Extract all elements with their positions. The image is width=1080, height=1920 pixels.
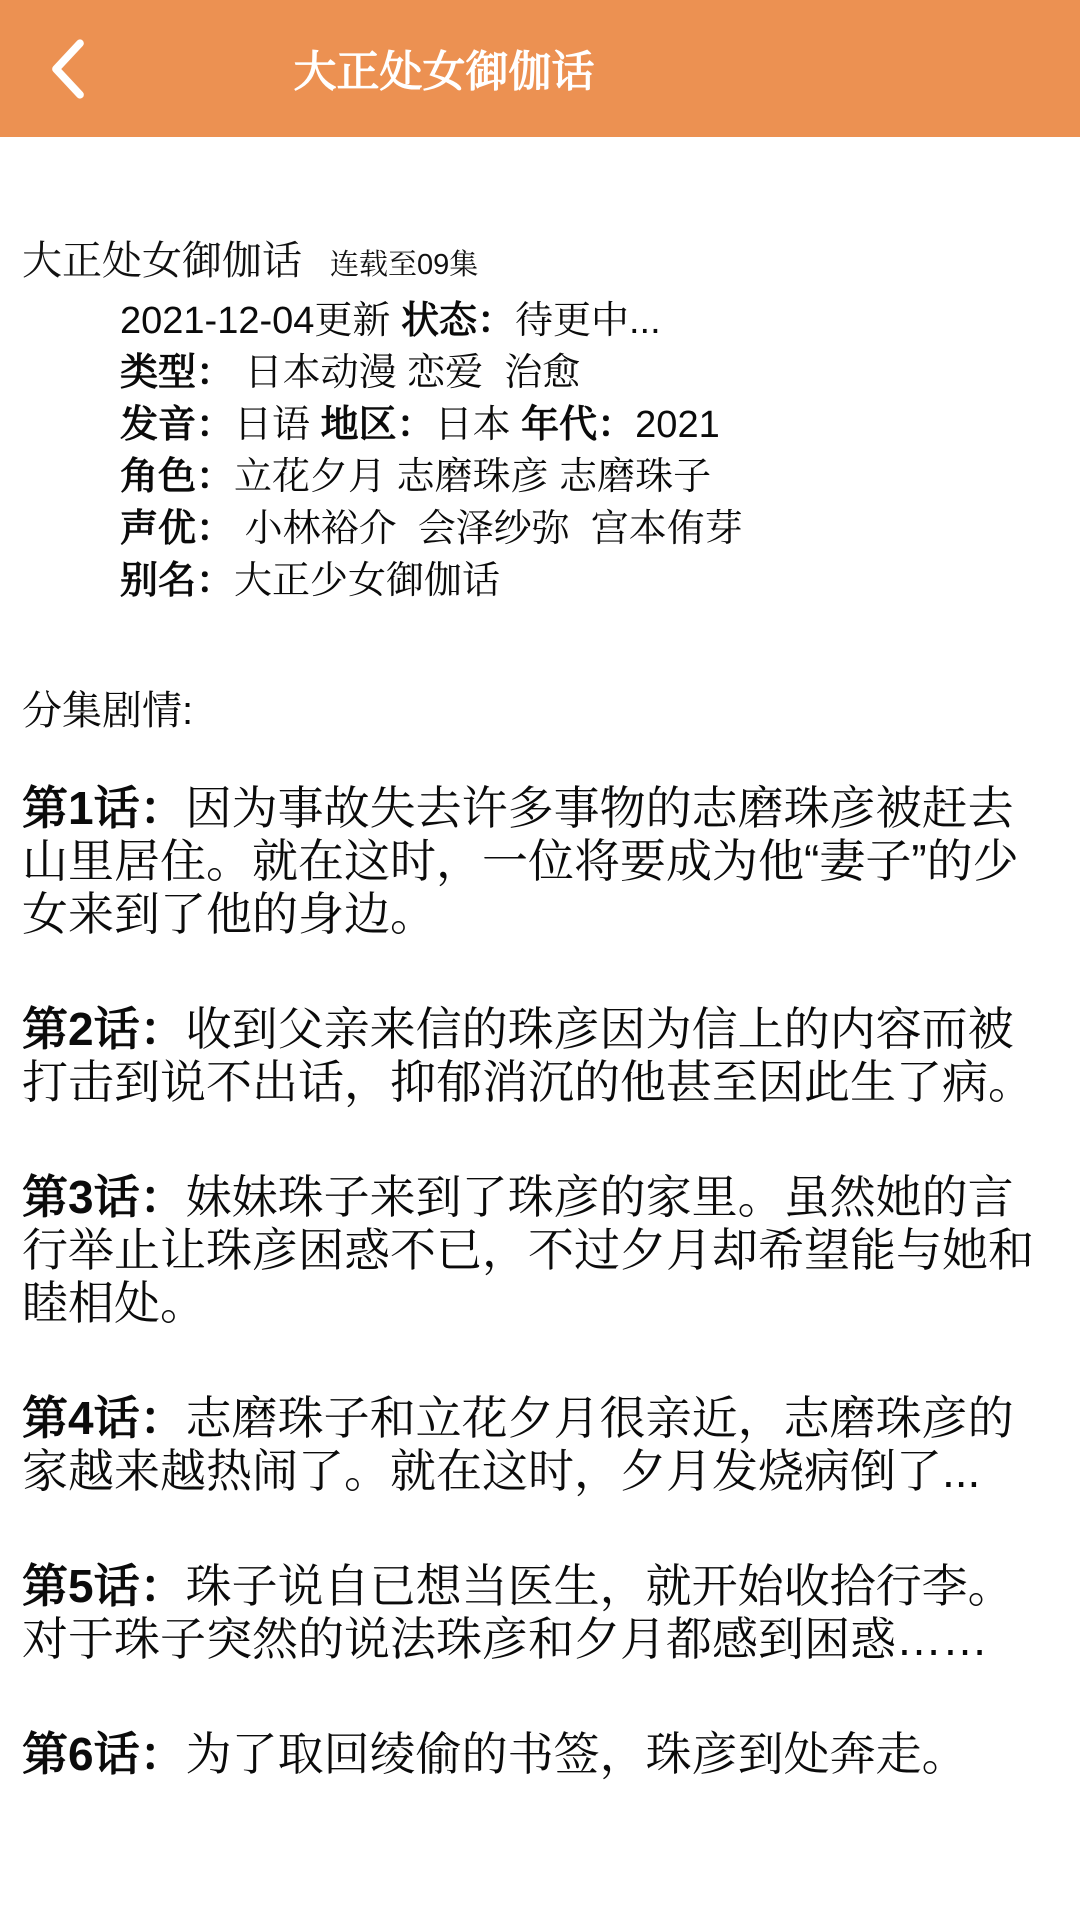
back-button[interactable] (38, 29, 98, 109)
app-header: 大正处女御伽话 (0, 0, 1080, 137)
episode-item: 第2话：收到父亲来信的珠彦因为信上的内容而被打击到说不出话，抑郁消沉的他甚至因此… (22, 1003, 1058, 1109)
meta-value: 2021-12-04更新 (120, 300, 401, 342)
meta-line-text: 角色：立花夕月 志磨珠彦 志磨珠子 (120, 456, 711, 498)
meta-label: 地区： (321, 404, 435, 446)
episode-list: 第1话：因为事故失去许多事物的志磨珠彦被赶去山里居住。就在这时，一位将要成为他“… (22, 782, 1058, 1781)
episode-item: 第3话：妹妹珠子来到了珠彦的家里。虽然她的言行举止让珠彦困惑不已，不过夕月却希望… (22, 1171, 1058, 1330)
meta-line: 2021-12-04更新 状态：待更中... (120, 295, 1058, 347)
detail-content: 大正处女御伽话连载至09集 2021-12-04更新 状态：待更中... 类型：… (0, 237, 1080, 1781)
meta-label: 年代： (521, 404, 635, 446)
meta-label: 状态： (401, 300, 515, 342)
meta-value: 日本动漫 恋爱 治愈 (234, 352, 580, 394)
episode-label: 第3话： (22, 1171, 186, 1223)
anime-title: 大正处女御伽话 (22, 239, 302, 283)
meta-line-text: 别名：大正少女御伽话 (120, 560, 500, 602)
episode-label: 第6话： (22, 1728, 186, 1780)
chevron-left-icon (44, 36, 92, 102)
meta-value: 待更中... (515, 300, 661, 342)
meta-line: 发音：日语 地区：日本 年代：2021 (120, 399, 1058, 451)
meta-value: 日语 (234, 404, 321, 446)
meta-line: 角色：立花夕月 志磨珠彦 志磨珠子 (120, 451, 1058, 503)
meta-line-text: 2021-12-04更新 状态：待更中... (120, 300, 661, 342)
meta-label: 类型： (120, 352, 234, 394)
meta-value: 大正少女御伽话 (234, 560, 500, 602)
meta-value: 立花夕月 志磨珠彦 志磨珠子 (234, 456, 711, 498)
meta-block: 2021-12-04更新 状态：待更中... 类型： 日本动漫 恋爱 治愈 发音… (22, 295, 1058, 607)
meta-label: 角色： (120, 456, 234, 498)
meta-label: 别名： (120, 560, 234, 602)
meta-label: 发音： (120, 404, 234, 446)
meta-value: 日本 (435, 404, 522, 446)
episode-item: 第5话：珠子说自已想当医生，就开始收拾行李。对于珠子突然的说法珠彦和夕月都感到困… (22, 1560, 1058, 1666)
meta-value: 小林裕介 会泽纱弥 宫本侑芽 (234, 508, 743, 550)
episode-label: 第2话： (22, 1003, 186, 1055)
serial-status-badge: 连载至09集 (330, 249, 478, 281)
plot-heading: 分集剧情: (22, 685, 1058, 737)
episode-item: 第4话：志磨珠子和立花夕月很亲近，志磨珠彦的家越来越热闹了。就在这时，夕月发烧病… (22, 1392, 1058, 1498)
meta-label: 声优： (120, 508, 234, 550)
meta-line: 声优： 小林裕介 会泽纱弥 宫本侑芽 (120, 503, 1058, 555)
page-title: 大正处女御伽话 (294, 38, 595, 99)
meta-line: 别名：大正少女御伽话 (120, 555, 1058, 607)
episode-text: 为了取回绫偷的书签，珠彦到处奔走。 (186, 1728, 968, 1780)
anime-title-line: 大正处女御伽话连载至09集 (22, 237, 1058, 289)
episode-item: 第1话：因为事故失去许多事物的志磨珠彦被赶去山里居住。就在这时，一位将要成为他“… (22, 782, 1058, 941)
episode-label: 第1话： (22, 782, 186, 834)
meta-line-text: 声优： 小林裕介 会泽纱弥 宫本侑芽 (120, 508, 743, 550)
meta-line: 类型： 日本动漫 恋爱 治愈 (120, 347, 1058, 399)
episode-label: 第4话： (22, 1392, 186, 1444)
meta-line-text: 发音：日语 地区：日本 年代：2021 (120, 404, 720, 446)
meta-line-text: 类型： 日本动漫 恋爱 治愈 (120, 352, 580, 394)
episode-item: 第6话：为了取回绫偷的书签，珠彦到处奔走。 (22, 1728, 1058, 1781)
episode-label: 第5话： (22, 1560, 186, 1612)
meta-value: 2021 (635, 404, 720, 446)
